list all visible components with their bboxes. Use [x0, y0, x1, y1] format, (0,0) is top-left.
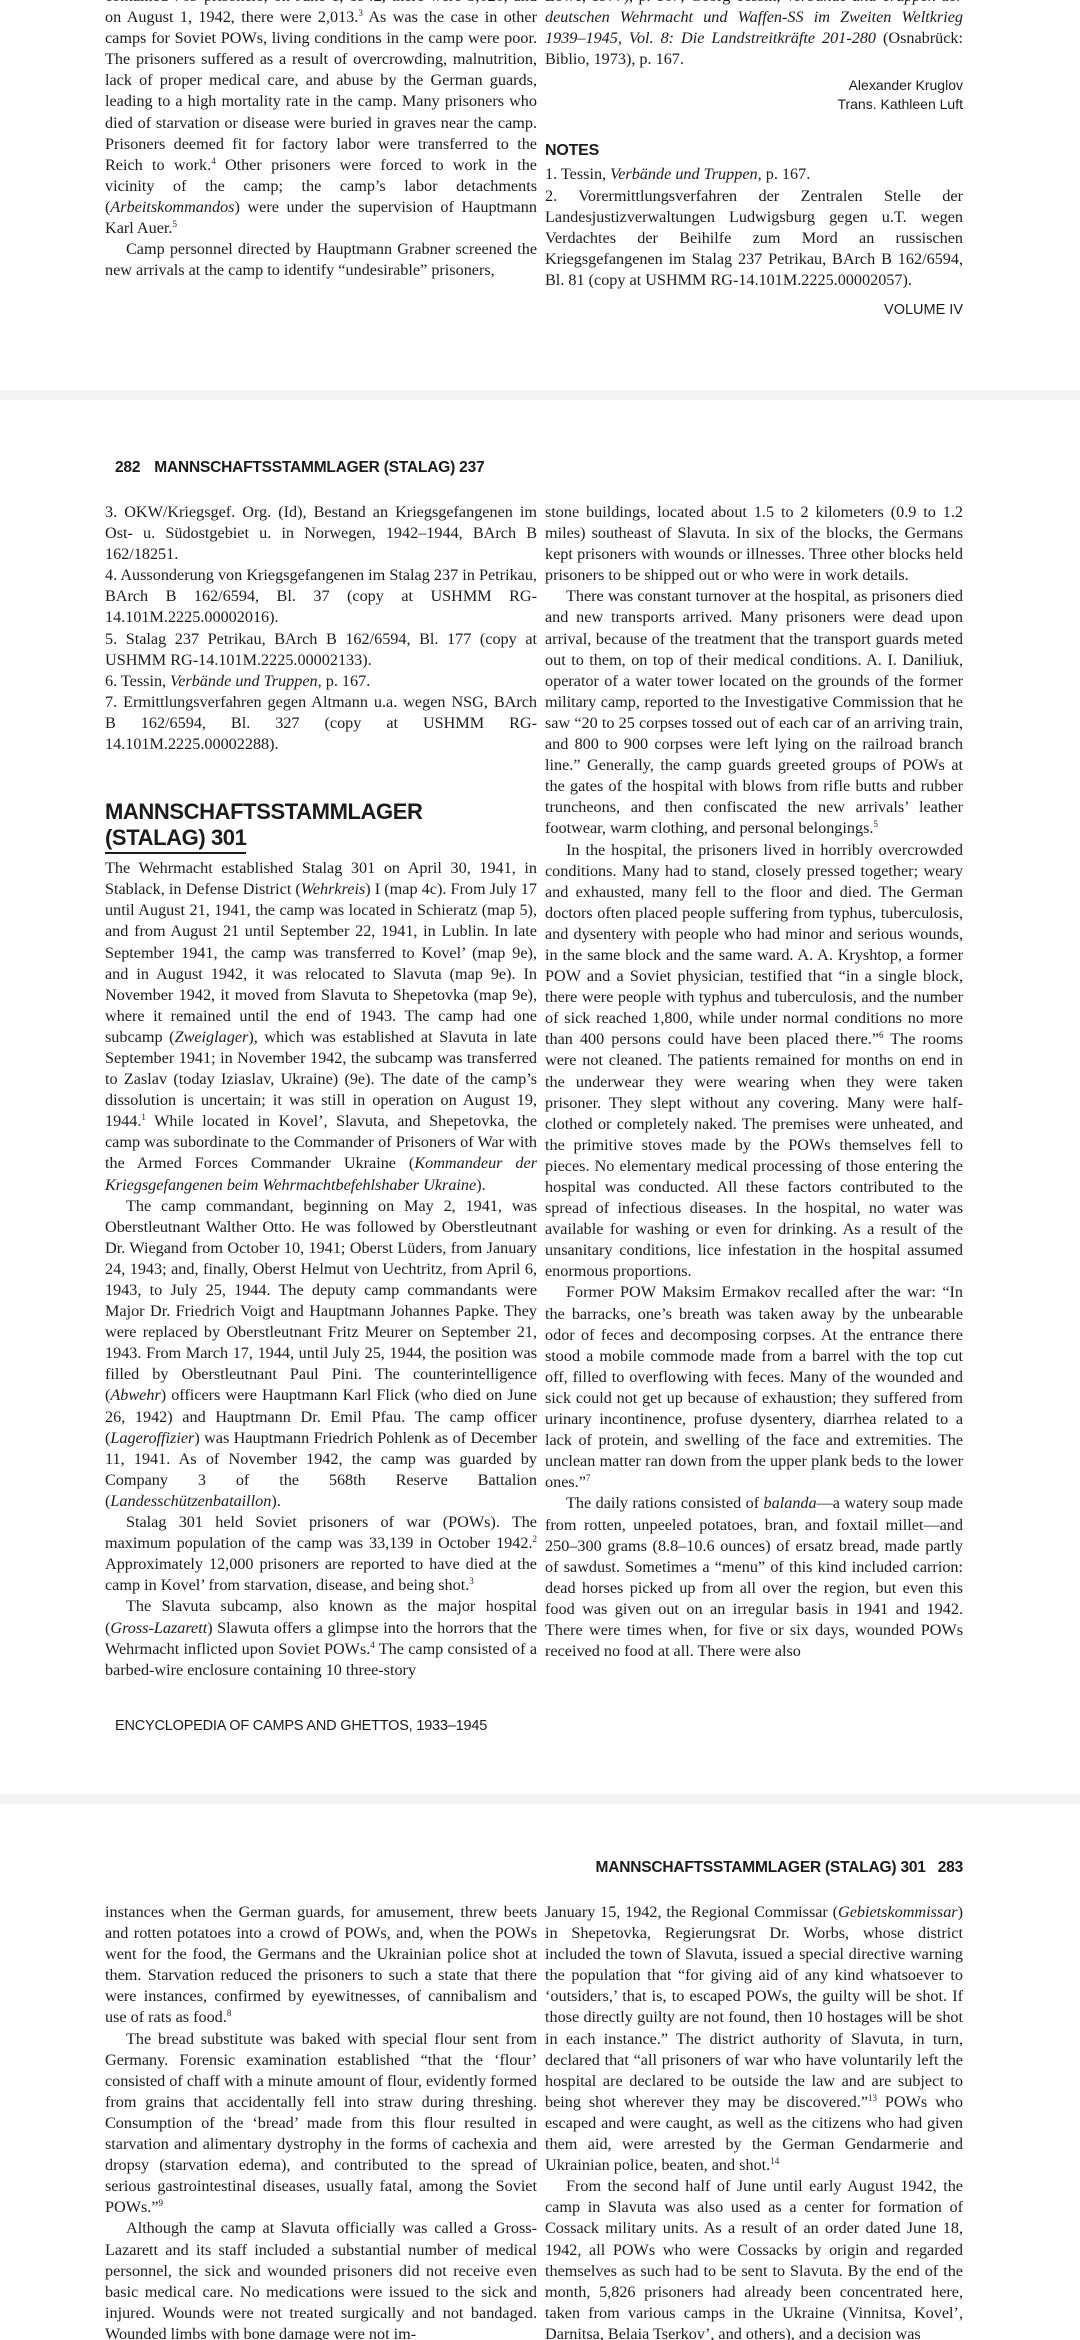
text-run: From the second half of June until early… [545, 2177, 963, 2340]
prev-right-column: Lowe, 1977), p. 167; Georg Tessin, Verbä… [545, 0, 963, 291]
note-6: 6. Tessin, Verbände und Truppen, p. 167. [105, 671, 537, 692]
left-column: 3. OKW/Kriegsgef. Org. (Id), Bestand an … [105, 502, 537, 1681]
text-run: There was constant turnover at the hospi… [545, 587, 963, 837]
text-run: The daily rations consisted of [566, 1494, 764, 1512]
text-run: Lowe, 1977), p. 167; Georg Tessin, [545, 0, 786, 5]
paragraph-5: stone buildings, located about 1.5 to 2 … [545, 502, 963, 586]
text-run: Although the camp at Slavuta officially … [105, 2219, 537, 2340]
paragraph-1: instances when the German guards, for am… [105, 1902, 537, 2029]
right-column: stone buildings, located about 1.5 to 2 … [545, 502, 963, 1662]
footnote-ref[interactable]: 13 [868, 2093, 877, 2103]
note-7: 7. Ermittlungsverfahren gegen Altmann u.… [105, 692, 537, 755]
text-run: ). [476, 1176, 485, 1194]
text-run: stone buildings, located about 1.5 to 2 … [545, 503, 963, 584]
author-signature: Alexander Kruglov Trans. Kathleen Luft [545, 76, 963, 114]
page-fragment-prev: contained 769 prisoners; on June 1, 1942… [0, 0, 1080, 390]
text-run: Stalag 237 Petrikau, BArch B 162/6594, B… [105, 630, 537, 669]
source-citation: Lowe, 1977), p. 167; Georg Tessin, Verbä… [545, 0, 963, 70]
left-column: instances when the German guards, for am… [105, 1902, 537, 2340]
footnote-ref[interactable]: 3 [469, 1576, 474, 1586]
text-run: Tessin, [561, 165, 610, 183]
page-number: 283 [938, 1859, 963, 1876]
running-head-title: MANNSCHAFTSSTAMMLAGER (STALAG) 237 [154, 459, 484, 476]
paragraph-1: The Wehrmacht established Stalag 301 on … [105, 858, 537, 1196]
paragraph-7: In the hospital, the prisoners lived in … [545, 840, 963, 1283]
running-head: 282MANNSCHAFTSSTAMMLAGER (STALAG) 237 [115, 459, 484, 477]
text-run: Ermittlungsverfahren gegen Altmann u.a. … [105, 693, 537, 753]
note-number: 4. [105, 566, 117, 584]
text-run: ). [271, 1492, 280, 1510]
text-run: instances when the German guards, for am… [105, 1903, 537, 2026]
text-run: The camp commandant, beginning on May 2,… [105, 1197, 537, 1405]
footnote-ref[interactable]: 2 [533, 1534, 538, 1544]
text-run: January 15, 1942, the Regional Commissar… [545, 1903, 838, 1921]
paragraph-3: Although the camp at Slavuta officially … [105, 2218, 537, 2340]
italic-term: balanda [764, 1494, 817, 1512]
italic-title: Verbände und Truppen [170, 672, 317, 690]
text-run: Approximately 12,000 prisoners are repor… [105, 1555, 537, 1594]
note-3: 3. OKW/Kriegsgef. Org. (Id), Bestand an … [105, 502, 537, 565]
footnote-ref[interactable]: 8 [227, 2008, 232, 2018]
paragraph-6: There was constant turnover at the hospi… [545, 586, 963, 839]
footnote-ref[interactable]: 5 [873, 819, 878, 829]
italic-term: Zweiglager [175, 1028, 249, 1046]
running-head-title: MANNSCHAFTSSTAMMLAGER (STALAG) 301 [596, 1859, 926, 1876]
text-run: Former POW Maksim Ermakov recalled after… [545, 1283, 963, 1491]
author-name: Alexander Kruglov [545, 76, 963, 95]
section-title-line-1: MANNSCHAFTSSTAMMLAGER [105, 799, 423, 824]
text-run: OKW/Kriegsgef. Org. (Id), Bestand an Kri… [105, 503, 537, 563]
volume-label: VOLUME IV [884, 302, 963, 318]
italic-term: Wehrkreis [301, 880, 365, 898]
note-1: 1. Tessin, Verbände und Truppen, p. 167. [545, 164, 963, 185]
page-separator [0, 390, 1080, 400]
running-head: MANNSCHAFTSSTAMMLAGER (STALAG) 301283 [596, 1859, 963, 1877]
footnote-ref[interactable]: 7 [586, 1473, 591, 1483]
footnote-ref[interactable]: 5 [172, 219, 177, 229]
paragraph-3: Stalag 301 held Soviet prisoners of war … [105, 1512, 537, 1596]
paragraph-4: January 15, 1942, the Regional Commissar… [545, 1902, 963, 2176]
translator-name: Trans. Kathleen Luft [545, 95, 963, 114]
note-5: 5. Stalag 237 Petrikau, BArch B 162/6594… [105, 629, 537, 671]
text-run: The bread substitute was baked with spec… [105, 2030, 537, 2217]
note-2: 2. Vorermittlungsverfahren der Zentralen… [545, 186, 963, 291]
text-run: —a watery soup made from rotten, unpeele… [545, 1494, 963, 1660]
section-title: MANNSCHAFTSSTAMMLAGER (STALAG) 301 [105, 799, 537, 854]
section-title-line-2: (STALAG) 301 [105, 825, 246, 854]
prev-paragraph-2: Camp personnel directed by Hauptmann Gra… [105, 239, 537, 281]
note-number: 5. [105, 630, 117, 648]
note-number: 2. [545, 187, 557, 205]
paragraph-9: The daily rations consisted of balanda—a… [545, 1493, 963, 1662]
italic-term: Abwehr [110, 1386, 160, 1404]
page-separator [0, 1794, 1080, 1804]
italic-title: Verbände und Truppen [610, 165, 757, 183]
text-run: ) in Shepetovka, Regierungsrat Dr. Worbs… [545, 1903, 963, 2111]
page-number: 282 [115, 459, 140, 476]
italic-term: Arbeitskommandos [110, 198, 234, 216]
page-283: MANNSCHAFTSSTAMMLAGER (STALAG) 301283 in… [0, 1804, 1080, 2340]
note-number: 3. [105, 503, 117, 521]
prev-left-column: contained 769 prisoners; on June 1, 1942… [105, 0, 537, 281]
text-run: Stalag 301 held Soviet prisoners of war … [105, 1513, 537, 1552]
text-run: Tessin, [121, 672, 170, 690]
note-4: 4. Aussonderung von Kriegsgefangenen im … [105, 565, 537, 628]
prev-paragraph-1: contained 769 prisoners; on June 1, 1942… [105, 0, 537, 239]
text-run: , p. 167. [318, 672, 371, 690]
footnote-ref[interactable]: 14 [770, 2156, 779, 2166]
text-run: Camp personnel directed by Hauptmann Gra… [105, 240, 537, 279]
page-282: 282MANNSCHAFTSSTAMMLAGER (STALAG) 237 3.… [0, 400, 1080, 1794]
paragraph-4: The Slavuta subcamp, also known as the m… [105, 1596, 537, 1680]
paragraph-8: Former POW Maksim Ermakov recalled after… [545, 1282, 963, 1493]
note-number: 7. [105, 693, 117, 711]
italic-term: Landesschützenbataillon [110, 1492, 271, 1510]
notes-heading: NOTES [545, 140, 963, 161]
italic-term: Gross-Lazarett [110, 1619, 207, 1637]
paragraph-5: From the second half of June until early… [545, 2176, 963, 2340]
italic-term: Lageroffizier [110, 1429, 194, 1447]
text-run: As was the case in other camps for Sovie… [105, 8, 537, 174]
text-run: , p. 167. [758, 165, 811, 183]
text-run: Vorermittlungsverfahren der Zentralen St… [545, 187, 963, 289]
text-run: In the hospital, the prisoners lived in … [545, 841, 963, 1049]
footnote-ref[interactable]: 9 [159, 2198, 164, 2208]
running-footer: ENCYCLOPEDIA OF CAMPS AND GHETTOS, 1933–… [115, 1718, 487, 1734]
right-column: January 15, 1942, the Regional Commissar… [545, 1902, 963, 2340]
paragraph-2: The bread substitute was baked with spec… [105, 2029, 537, 2219]
note-number: 1. [545, 165, 557, 183]
text-run: ) I (map 4c). From July 17 until August … [105, 880, 537, 1046]
paragraph-2: The camp commandant, beginning on May 2,… [105, 1196, 537, 1512]
italic-term: Gebietskommissar [838, 1903, 958, 1921]
note-number: 6. [105, 672, 117, 690]
text-run: The rooms were not cleaned. The patients… [545, 1030, 963, 1280]
text-run: Aussonderung von Kriegsgefangenen im Sta… [105, 566, 537, 626]
